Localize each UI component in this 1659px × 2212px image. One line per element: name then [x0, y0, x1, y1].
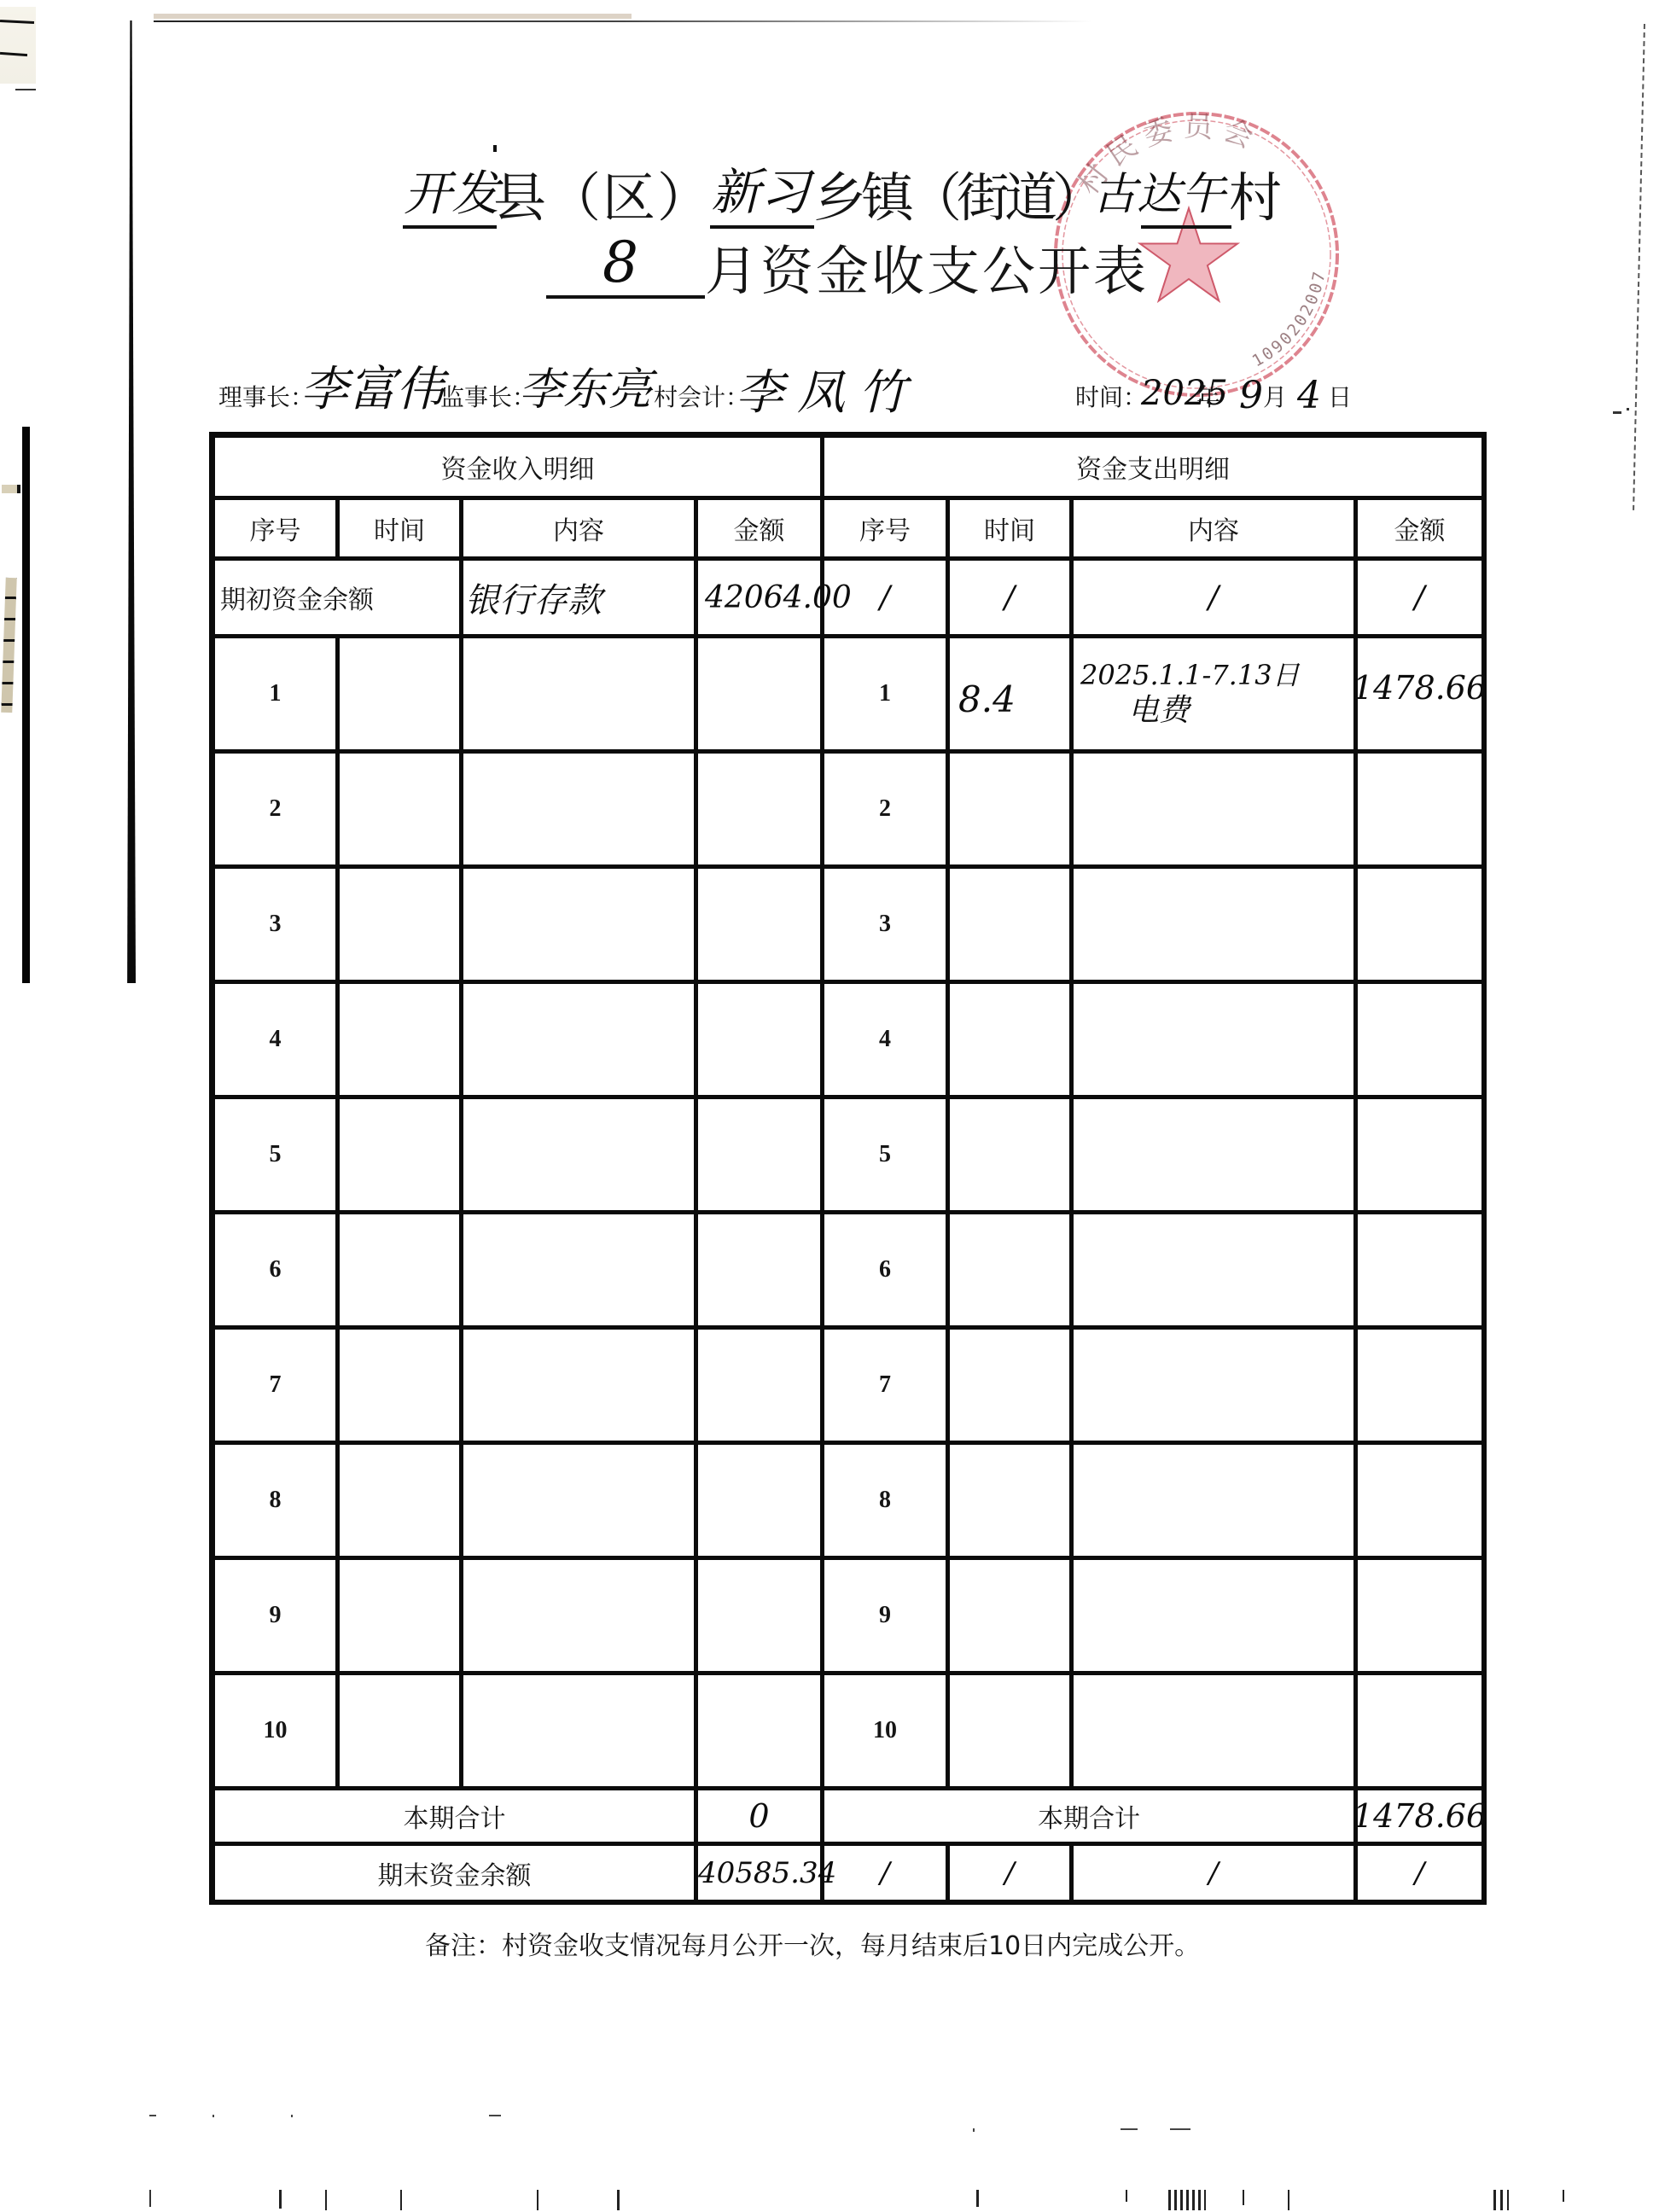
income-row-amount	[694, 864, 824, 984]
village-underline	[1141, 225, 1231, 229]
expense-row-no: 7	[820, 1325, 950, 1445]
expense-row-no: 10	[820, 1671, 950, 1790]
expense-row-amount	[1353, 749, 1486, 869]
expense-row-content: 2025.1.1-7.13日 电费	[1069, 634, 1358, 754]
stamp-code-path: 1090202007	[1249, 268, 1330, 371]
income-row-no: 8	[211, 1441, 340, 1560]
income-row-amount	[694, 1556, 824, 1675]
scan-bottom-mark	[279, 2190, 282, 2209]
income-row-amount	[694, 749, 824, 869]
expense-col-amount-header: 金额	[1353, 496, 1486, 561]
income-row-content	[459, 980, 698, 1099]
expense-row-time	[946, 749, 1074, 869]
income-row-time	[335, 864, 463, 984]
expense-row-amount	[1353, 1441, 1486, 1560]
income-row-time	[335, 1095, 463, 1214]
expense-content-period: 2025.1.1-7.13日	[1080, 658, 1300, 692]
expense-row-no: 4	[820, 980, 950, 1099]
opening-expense-amount: /	[1353, 556, 1486, 638]
township-suffix: 乡镇（街道）	[813, 167, 1100, 229]
income-row-amount	[694, 1325, 824, 1445]
accountant-signature: 李凤竹	[736, 357, 920, 430]
opening-balance-label: 期初资金余额	[211, 556, 463, 638]
income-subtotal-amount: 0	[694, 1786, 824, 1846]
expense-subtotal-label: 本期合计	[820, 1786, 1358, 1846]
scan-bottom-mark	[976, 2190, 979, 2207]
income-row-time	[335, 980, 463, 1099]
expense-row-content	[1069, 1210, 1358, 1330]
income-row-content	[459, 864, 698, 984]
village-handwritten: 古达午	[1092, 164, 1225, 225]
expense-subtotal-amount: 1478.66	[1353, 1786, 1486, 1846]
date-day: 4	[1297, 370, 1321, 422]
income-row-time	[335, 1441, 463, 1560]
income-row-amount	[694, 1441, 824, 1560]
income-row-content	[459, 1671, 698, 1790]
finance-ledger-table: 资金收入明细 资金支出明细 序号 时间 内容 金额 序号 时间 内容 金额 期初…	[212, 435, 1483, 1901]
date-month: 9	[1239, 370, 1263, 422]
income-row-no: 4	[211, 980, 340, 1099]
income-row-amount	[694, 1210, 824, 1330]
income-row-time	[335, 1210, 463, 1330]
year-unit: 年	[1196, 382, 1220, 413]
expense-row-time	[946, 1325, 1074, 1445]
title-main: 月资金收支公开表	[705, 241, 1149, 302]
scan-top-edge-line	[154, 20, 1092, 22]
closing-balance-amount: 40585.34	[694, 1842, 824, 1904]
income-col-time-header: 时间	[335, 496, 463, 561]
village-suffix: 村	[1229, 167, 1282, 229]
closing-expense-amount: /	[1353, 1842, 1486, 1904]
scan-bottom-mark	[1288, 2190, 1289, 2210]
income-row-time	[335, 1671, 463, 1790]
expense-row-amount	[1353, 1671, 1486, 1790]
income-row-time	[335, 1325, 463, 1445]
month-unit: 月	[1263, 382, 1287, 413]
day-unit: 日	[1328, 382, 1352, 413]
income-section-header: 资金收入明细	[211, 434, 824, 500]
expense-row-time	[946, 1556, 1074, 1675]
expense-row-time	[946, 864, 1074, 984]
income-col-amount-header: 金额	[694, 496, 824, 561]
expense-row-no: 3	[820, 864, 950, 984]
expense-row-no: 9	[820, 1556, 950, 1675]
county-underline	[403, 225, 497, 229]
expense-row-amount	[1353, 1325, 1486, 1445]
footnote: 备注：村资金收支情况每月公开一次，每月结束后10日内完成公开。	[425, 1930, 1200, 1963]
scan-bottom-mark	[149, 2115, 156, 2116]
scan-edge-line-outer	[22, 427, 30, 983]
scan-scrap-small	[2, 485, 20, 493]
scan-bottom-mark	[1126, 2190, 1127, 2202]
chairman-signature: 李富伟	[300, 352, 444, 428]
stamp-code: 1090202007	[1249, 268, 1330, 371]
expense-row-time	[946, 1671, 1074, 1790]
scan-bottom-mark	[325, 2190, 327, 2210]
income-row-amount	[694, 1671, 824, 1790]
income-col-content-header: 内容	[459, 496, 698, 561]
scan-edge-line-inner	[126, 20, 136, 983]
income-row-content	[459, 634, 698, 754]
scan-speck	[493, 145, 497, 152]
scan-bottom-mark	[149, 2190, 151, 2207]
expense-row-time	[946, 1210, 1074, 1330]
closing-balance-label: 期末资金余额	[211, 1842, 698, 1904]
income-row-amount	[694, 1095, 824, 1214]
date-label: 时间：	[1075, 382, 1147, 413]
township-underline	[710, 225, 814, 229]
expense-row-amount	[1353, 864, 1486, 984]
expense-row-content	[1069, 1556, 1358, 1675]
scan-bottom-mark	[489, 2115, 501, 2116]
income-row-no: 10	[211, 1671, 340, 1790]
scan-scrap-top-left	[0, 7, 36, 84]
scan-speck	[1627, 408, 1629, 410]
income-row-no: 7	[211, 1325, 340, 1445]
expense-section-header: 资金支出明细	[820, 434, 1486, 500]
expense-row-no: 1	[820, 634, 950, 754]
income-row-no: 9	[211, 1556, 340, 1675]
income-row-content	[459, 749, 698, 869]
expense-row-content	[1069, 1671, 1358, 1790]
income-row-time	[335, 634, 463, 754]
scan-scrap-line	[15, 89, 36, 90]
scan-bottom-mark	[1243, 2190, 1244, 2205]
expense-row-time	[946, 1095, 1074, 1214]
opening-balance-amount: 42064.00	[694, 556, 824, 638]
income-row-no: 5	[211, 1095, 340, 1214]
income-col-no-header: 序号	[211, 496, 340, 561]
scan-bottom-mark	[291, 2115, 293, 2117]
expense-row-no: 2	[820, 749, 950, 869]
opening-expense-time: /	[946, 556, 1074, 638]
expense-row-content	[1069, 1325, 1358, 1445]
scan-scrap-ladder	[1, 578, 17, 713]
supervisor-signature: 李东亮	[519, 353, 652, 427]
income-row-no: 6	[211, 1210, 340, 1330]
income-row-no: 3	[211, 864, 340, 984]
income-subtotal-label: 本期合计	[211, 1786, 698, 1846]
scan-bottom-mark	[400, 2190, 402, 2210]
closing-expense-time: /	[946, 1842, 1074, 1904]
expense-row-no: 8	[820, 1441, 950, 1560]
income-row-amount	[694, 980, 824, 1099]
scan-bottom-mark	[1563, 2190, 1564, 2202]
expense-row-time	[946, 1441, 1074, 1560]
income-row-content	[459, 1210, 698, 1330]
scan-bottom-mark	[1170, 2128, 1190, 2130]
township-handwritten: 新习	[711, 159, 810, 225]
expense-row-amount	[1353, 1556, 1486, 1675]
income-row-no: 1	[211, 634, 340, 754]
expense-row-time: 8.4	[946, 634, 1074, 754]
income-row-amount	[694, 634, 824, 754]
opening-balance-content: 银行存款	[459, 556, 698, 638]
expense-col-time-header: 时间	[946, 496, 1074, 561]
income-row-time	[335, 1556, 463, 1675]
scan-bottom-mark	[212, 2115, 214, 2117]
expense-col-content-header: 内容	[1069, 496, 1358, 561]
scan-right-edge	[1633, 24, 1646, 510]
closing-expense-content: /	[1069, 1842, 1358, 1904]
expense-col-no-header: 序号	[820, 496, 950, 561]
scan-bottom-mark	[1493, 2190, 1509, 2210]
expense-row-amount	[1353, 1095, 1486, 1214]
expense-row-content	[1069, 1095, 1358, 1214]
income-row-content	[459, 1556, 698, 1675]
scan-bottom-mark	[617, 2190, 620, 2210]
income-row-content	[459, 1095, 698, 1214]
expense-row-amount	[1353, 980, 1486, 1099]
expense-row-content	[1069, 1441, 1358, 1560]
opening-expense-content: /	[1069, 556, 1358, 638]
month-handwritten: 8	[602, 229, 638, 297]
income-row-content	[459, 1325, 698, 1445]
scan-bottom-mark	[973, 2128, 975, 2132]
scan-top-edge	[154, 14, 632, 19]
expense-row-content	[1069, 749, 1358, 869]
county-handwritten: 开发	[404, 162, 499, 227]
income-row-time	[335, 749, 463, 869]
scan-bottom-mark	[537, 2190, 538, 2210]
expense-row-content	[1069, 864, 1358, 984]
income-row-no: 2	[211, 749, 340, 869]
closing-expense-no: /	[820, 1842, 950, 1904]
income-row-content	[459, 1441, 698, 1560]
scan-bottom-mark	[1121, 2128, 1138, 2130]
expense-row-content	[1069, 980, 1358, 1099]
expense-row-amount	[1353, 1210, 1486, 1330]
expense-content-item: 电费	[1080, 692, 1190, 730]
county-suffix: 县（区）	[493, 167, 712, 229]
scan-speck	[1613, 411, 1621, 414]
expense-row-no: 5	[820, 1095, 950, 1214]
scan-bottom-mark	[1168, 2190, 1206, 2210]
expense-row-amount: 1478.66	[1353, 634, 1486, 754]
expense-row-time	[946, 980, 1074, 1099]
expense-row-no: 6	[820, 1210, 950, 1330]
